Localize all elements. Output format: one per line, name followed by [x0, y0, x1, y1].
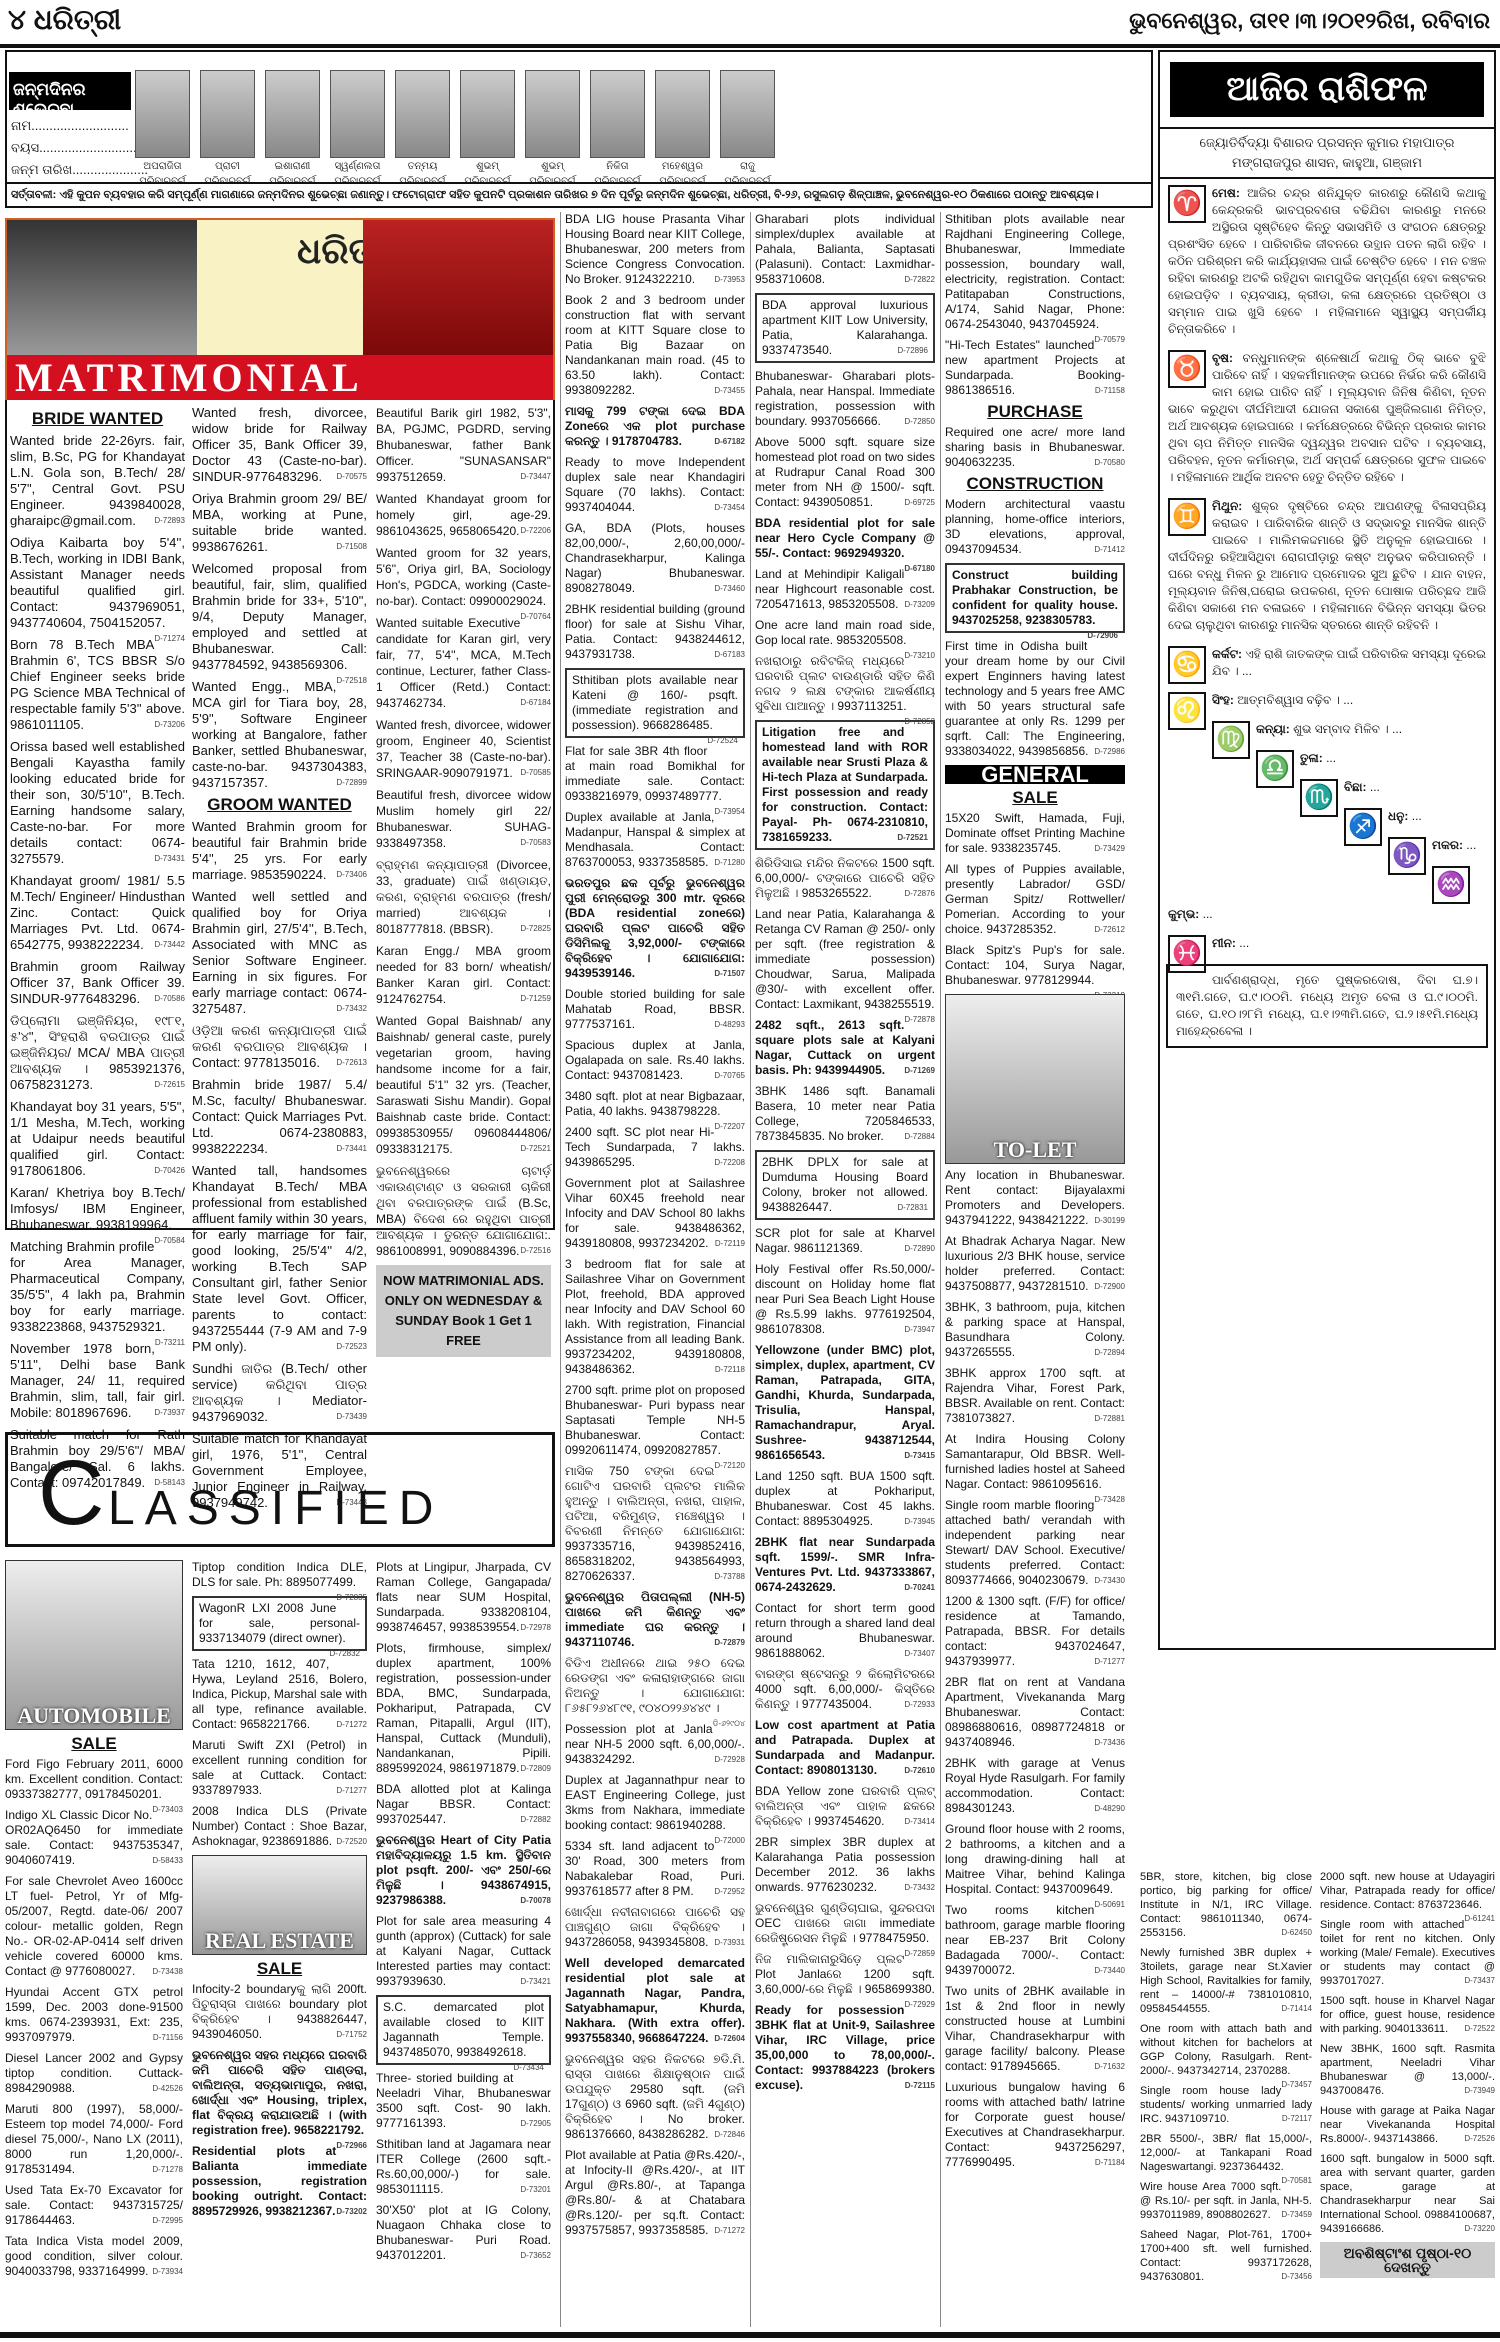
classified-ad: BDA Yellow zone ଘରବାରି ପ୍ଲଟ୍ ବାଲିଅନ୍ତା ଏ…: [755, 1784, 935, 1829]
classified-ad: ବାରଙ୍ଗ ଷ୍ଟେସନ୍‌ରୁ ୨ କିଲୋମିଟରରେ 4000 sqft…: [755, 1667, 935, 1712]
ad-text: Yellowzone (under BMC) plot, simplex, du…: [755, 1343, 935, 1462]
classified-ad: Any location in Bhubaneswar. Rent contac…: [945, 1168, 1125, 1228]
classified-ad: Plot for sale area measuring 4 gunth (ap…: [376, 1914, 551, 1989]
ad-code: D-72604: [714, 2031, 745, 2046]
ad-code: D-73406: [336, 867, 367, 883]
tolet-col-4: 5BR, store, kitchen, big close portico, …: [1140, 1870, 1312, 2290]
birthday-coupon: ଜନ୍ମଦିନର ଶୁଭେଚ୍ଛା ନାମ...................…: [5, 50, 1153, 208]
ad-code: D-72900: [1094, 1279, 1125, 1294]
ad-code: D-73441: [336, 1141, 367, 1157]
ad-text: Orissa based well established Bengali Ka…: [10, 739, 185, 866]
birthday-photos: ଅପରାଜିତାପରିବାରବର୍ଗପ୍ରାଚୀପରିବାରବର୍ଗଇଶାରାଣ…: [135, 70, 775, 188]
classified-ad: Sthitiban plots available near Kateni @ …: [565, 668, 745, 738]
ad-code: D-72852: [904, 714, 935, 729]
classified-ad: Plot available at Patia @Rs.420/-, at In…: [565, 2148, 745, 2238]
classified-ad: ଡିପ୍ଲୋମା ଇଞ୍ଜିନିୟର, ୧୯୮୧, ୫'୪", ସିଂହରାଶି…: [10, 1013, 185, 1093]
ad-text: Welcomed proposal from beautiful, fair, …: [192, 561, 367, 672]
zodiac-icon: ♎: [1256, 750, 1294, 788]
ad-text: Wanted tall, handsomes Khandayat B.Tech/…: [192, 1163, 367, 1354]
sign-name: କର୍କଟ:: [1212, 647, 1242, 661]
child-name: ଅପରାଜିତା: [135, 160, 190, 173]
ad-code: D-72966: [336, 2138, 367, 2153]
classified-ad: Three- storied building at Neeladri Viha…: [376, 2071, 551, 2131]
ad-code: D-73954: [714, 804, 745, 819]
ad-code: D-73431: [154, 851, 185, 867]
ad-code: D-72522: [1464, 2022, 1495, 2036]
ad-code: D-73460: [714, 581, 745, 596]
classified-ad: Duplex at Jagannathpur near to EAST Engi…: [565, 1773, 745, 1833]
ad-code: D-72115: [905, 2078, 935, 2093]
sign-name: କୁମ୍ଭ:: [1168, 907, 1199, 921]
classified-ad: Yellowzone (under BMC) plot, simplex, du…: [755, 1343, 935, 1463]
zodiac-icon: ♉: [1168, 350, 1206, 388]
ad-text: Construct building Prabhakar Constructio…: [952, 568, 1118, 627]
ad-code: D-73931: [714, 1935, 745, 1950]
ad-text: Litigation free and homestead land with …: [762, 725, 928, 844]
ad-code: D-72822: [904, 272, 935, 287]
birthday-photo-card: ନିକିତାପରିବାରବର୍ଗ: [590, 70, 645, 188]
ad-text: At Indira Housing Colony Samantarapur, O…: [945, 1432, 1125, 1491]
ad-code: D-73447: [520, 469, 551, 485]
classified-ad: BDA LIG house Prasanta Vihar Housing Boa…: [565, 212, 745, 287]
classified-ad: 1500 sqft. house in Kharvel Nagar for of…: [1320, 1994, 1495, 2036]
sign-text: ଶୁଭ ସମ୍ବାଦ ମିଳିବ । ...: [1293, 722, 1402, 736]
matrimonial-banner: ଧରିତ୍ରୀ MATRIMONIAL: [5, 218, 555, 400]
ad-code: D-48293: [714, 1017, 745, 1032]
classified-ad: ଭୁବନେଶ୍ୱର ସହର ମଧ୍ୟରେ ଘରବାରି ଜମି ପାଚେରି ସ…: [192, 2048, 367, 2138]
ad-code: D-71259: [520, 991, 551, 1007]
classified-ad: All types of Puppies available, presentl…: [945, 862, 1125, 937]
classified-ad: Wanted bride 22-26yrs. fair, slim, B.Sc,…: [10, 433, 185, 529]
ad-code: D-71272: [336, 1717, 367, 1732]
classified-ad: Wanted Engg., MBA, MCA girl for Tiara bo…: [192, 679, 367, 791]
classified-ad: Contact for short term good return throu…: [755, 1601, 935, 1661]
classified-ad: Diesel Lancer 2002 and Gypsy tiptop cond…: [5, 2051, 183, 2096]
horoscope-panel: ଆଜିର ରାଶିଫଳ ଜ୍ୟୋତିର୍ବିଦ୍ୟା ବିଶାରଦ ପ୍ରସନ୍…: [1158, 50, 1496, 1650]
classified-ad: Black Spitz's Pup's for sale. Contact: 1…: [945, 943, 1125, 988]
classified-ad: ଭୁବନେଶ୍ୱର Heart of City Patia ମହାବିଦ୍ୟାଳ…: [376, 1833, 551, 1908]
ad-code: D-72859: [904, 1946, 935, 1961]
ad-code: D-71272: [714, 2223, 745, 2238]
wedding-photo: [7, 220, 197, 355]
ad-text: Flat for sale 3BR 4th floor at main road…: [565, 744, 745, 803]
classified-ad: Wanted Khandayat groom for homely girl, …: [376, 491, 551, 539]
ad-code: D-70584: [154, 1233, 185, 1249]
classified-banner: C LASSIFIED: [5, 1432, 555, 1547]
classified-ad: ନଖରାଠାରୁ ରବିଟକିଜ୍ ମଧ୍ୟରେ ଘରବାରି ପ୍ଲଟ ବାଉ…: [755, 654, 935, 714]
zodiac-icon: ♍: [1212, 721, 1250, 759]
classified-ad: Beautiful fresh, divorcee widow Muslim h…: [376, 787, 551, 851]
ad-code: D-73454: [714, 500, 745, 515]
sign-text: ଆତ୍ମବିଶ୍ୱାସ ବଢ଼ିବ । ...: [1237, 693, 1353, 707]
ad-code: D-73429: [1094, 841, 1125, 856]
ad-code: D-72835: [336, 1590, 367, 1605]
classified-ad: Karan/ Khetriya boy B.Tech/ Imfosys/ IBM…: [10, 1185, 185, 1233]
classified-ad: Wanted tall, handsomes Khandayat B.Tech/…: [192, 1163, 367, 1355]
classified-ad: 2BHK flat near Sundarpada sqft. 1599/-. …: [755, 1535, 935, 1595]
ad-text: Sthitiban plots available near Rajdhani …: [945, 212, 1125, 331]
sign-name: ତୁଳା:: [1300, 751, 1323, 765]
sign-text: ...: [1466, 838, 1476, 852]
ad-code: D-73947: [904, 1322, 935, 1337]
classified-ad: 3480 sqft. plot at near Bigbazaar, Patia…: [565, 1089, 745, 1119]
classified-c: C: [38, 1441, 104, 1546]
ad-code: D-72118: [715, 1362, 745, 1377]
classified-ad: Wanted well settled and qualified boy fo…: [192, 889, 367, 1017]
sign-text: ଏହି ରାଶି ଜାତକଙ୍କ ପାଇଁ ପରିବାରିକ ସମସ୍ୟା ଦୂ…: [1212, 647, 1486, 678]
ad-code: D-70579: [1094, 332, 1125, 347]
classified-ad: Maruti 800 (1997), 58,000/- Esteem top m…: [5, 2102, 183, 2177]
child-photo: [330, 70, 385, 158]
ad-code: D-73456: [1281, 2270, 1312, 2284]
classified-ad: Tata 1210, 1612, 407, Hywa, Leyland 2516…: [192, 1657, 367, 1732]
zodiac-icon: ♓: [1168, 935, 1206, 973]
classified-word: LASSIFIED: [108, 1481, 443, 1536]
classified-ad: ବ୍ରାହ୍ମଣ କନ୍ୟାପାତ୍ରୀ (Divorcee, 33, grad…: [376, 857, 551, 937]
child-name: ତନ୍ମୟ: [395, 160, 450, 173]
classified-ad: Gharabari plots individual simplex/duple…: [755, 212, 935, 287]
realestate-image: REAL ESTATE: [192, 1855, 367, 1955]
ad-code: D-72850: [904, 414, 935, 429]
auto-col-1: AUTOMOBILE SALE Ford Figo February 2011,…: [5, 1560, 183, 2285]
ad-code: D-72876: [904, 886, 935, 901]
classified-ad: November 1978 born, 5'11", Delhi base Ba…: [10, 1341, 185, 1421]
classified-ad: 3BHK 1486 sqft. Banamali Basera, 10 mete…: [755, 1084, 935, 1144]
sign-name: ମିଥୁନ:: [1212, 499, 1242, 513]
classified-ad: 3BHK, 3 bathroom, puja, kitchen & parkin…: [945, 1300, 1125, 1360]
continued-page-note: ଅବଶିଷ୍ଟାଂଶ ପୃଷ୍ଠା-୧୦ ଦେଖନ୍ତୁ: [1320, 2242, 1495, 2278]
ad-code: D-73949: [1464, 2084, 1495, 2098]
child-photo: [720, 70, 775, 158]
classified-ad: Duplex available at Janla, Madanpur, Han…: [565, 810, 745, 870]
ad-text: 2BR 5500/-, 3BR/ flat 15,000/-, 12,000/-…: [1140, 2133, 1312, 2173]
classified-ad: House with garage at Paika Nagar near Vi…: [1320, 2104, 1495, 2146]
classified-ad: SCR plot for sale at Kharvel Nagar. 9861…: [755, 1226, 935, 1256]
ad-code: D-73403: [152, 1802, 183, 1817]
re-col-3: Plots at Lingipur, Jharpada, CV Raman Co…: [376, 1560, 551, 2269]
zodiac-icon: ♑: [1388, 837, 1426, 875]
classified-ad: Wanted Gopal Baishnab/ any Baishnab/ gen…: [376, 1013, 551, 1157]
classified-ad: Used Tata Ex-70 Excavator for sale. Cont…: [5, 2183, 183, 2228]
astrologer-name: ଜ୍ୟୋତିର୍ବିଦ୍ୟା ବିଶାରଦ ପ୍ରସନ୍ନ କୁମାର ମହାପ…: [1160, 133, 1494, 153]
classified-ad: One acre land main road side, Gop local …: [755, 618, 935, 648]
birthday-title: ଜନ୍ମଦିନର ଶୁଭେଚ୍ଛା: [9, 72, 131, 110]
ad-code: D-70765: [714, 1068, 745, 1083]
classified-ad: Spacious duplex at Janla, Ogalapada on s…: [565, 1038, 745, 1083]
matrimonial-promo: NOW MATRIMONIAL ADS. ONLY ON WEDNESDAY &…: [376, 1265, 551, 1357]
classified-ad: Plots at Lingipur, Jharpada, CV Raman Co…: [376, 1560, 551, 1635]
automobile-label: AUTOMOBILE: [6, 1708, 182, 1723]
ad-text: Black Spitz's Pup's for sale. Contact: 1…: [945, 943, 1125, 987]
classified-ad: Saheed Nagar, Plot-761, 1700+ 1700+400 s…: [1140, 2228, 1312, 2284]
classified-ad: Khandayat groom/ 1981/ 5.5 M.Tech/ Engin…: [10, 873, 185, 953]
zodiac-icon: ♌: [1168, 692, 1206, 730]
zodiac-icon: ♋: [1168, 646, 1206, 684]
ad-code: D-72120: [714, 1458, 745, 1473]
classified-ad: Luxurious bungalow having 6 rooms with a…: [945, 2080, 1125, 2170]
general-sale-heading: SALE: [945, 790, 1125, 805]
ad-code: D-73440: [1094, 1963, 1125, 1978]
ad-code: D-70580: [1094, 455, 1125, 470]
zodiac-icon: ♐: [1344, 808, 1382, 846]
ad-text: Karan/ Khetriya boy B.Tech/ Imfosys/ IBM…: [10, 1185, 185, 1232]
ad-code: D-71280: [714, 855, 745, 870]
classified-ad: 2000 sqft. new house at Udayagiri Vihar,…: [1320, 1870, 1495, 1912]
ad-code: D-70581: [1281, 2174, 1312, 2188]
ad-code: D-72521: [520, 1141, 551, 1157]
classified-ad: 2008 Indica DLS (Private Number) Contact…: [192, 1804, 367, 1849]
ad-code: D-71277: [336, 1783, 367, 1798]
child-name: ରାଜୁ: [720, 160, 775, 173]
ad-code: D-73430: [1094, 1573, 1125, 1588]
ad-text: BDA residential plot for sale near Hero …: [755, 516, 935, 560]
classified-ad: Indigo XL Classic Dicor No. OR02AQ6450 f…: [5, 1808, 183, 1868]
classified-ad: Modern architectural vaastu planning, ho…: [945, 497, 1125, 557]
child-photo: [265, 70, 320, 158]
ad-code: D-71184: [1095, 2155, 1125, 2170]
child-name: ପ୍ରାଚୀ: [200, 160, 255, 173]
classified-ad: New 3BHK, 1600 sqft. Rasmita apartment, …: [1320, 2042, 1495, 2098]
classified-ad: For sale Chevrolet Aveo 1600cc LT fuel- …: [5, 1874, 183, 1979]
ad-code: D-71414: [1281, 2002, 1312, 2016]
classified-ad: Single room with attached toilet for ren…: [1320, 1918, 1495, 1988]
classified-ad: Odiya Kaibarta boy 5'4'', B.Tech, workin…: [10, 535, 185, 631]
classified-ad: Required one acre/ more land sharing bas…: [945, 425, 1125, 470]
ad-code: D-73432: [904, 1880, 935, 1895]
re-sale-heading: SALE: [192, 1961, 367, 1976]
classified-ad: BDA allotted plot at Kalinga Nagar BBSR.…: [376, 1782, 551, 1827]
ad-code: D-73937: [154, 1405, 185, 1421]
birthday-photo-card: ଅପରାଜିତାପରିବାରବର୍ଗ: [135, 70, 190, 188]
classified-ad: Well developed demarcated residential pl…: [565, 1956, 745, 2046]
birthday-photo-card: ସ୍ୱର୍ଣ୍ଣଲତାପରିବାରବର୍ଗ: [330, 70, 385, 188]
ad-code: D-72878: [904, 1012, 935, 1027]
column-rule: [940, 212, 941, 2327]
ad-text: Wanted Gopal Baishnab/ any Baishnab/ gen…: [376, 1014, 551, 1156]
classified-ad: Government plot at Sailashree Vihar 60X4…: [565, 1176, 745, 1251]
zodiac-icon: ♈: [1168, 185, 1206, 223]
ad-code: D-73428: [1094, 1492, 1125, 1507]
ad-code: D-73459: [1281, 2208, 1312, 2222]
classified-ad: 3 bedroom flat for sale at Sailashree Vi…: [565, 1257, 745, 1377]
ad-code: D-72526: [1464, 2132, 1495, 2146]
classified-ad: Karan Engg./ MBA groom needed for 83 bor…: [376, 943, 551, 1007]
ad-code: D-72524: [707, 733, 738, 748]
classified-ad: 2BR flat on rent at Vandana Apartment, V…: [945, 1675, 1125, 1750]
classified-ad: ଭୁବନେଶ୍ୱରରେ ଚାଟାର୍ଡ଼ ଏକାଉଣ୍ଟାଣ୍ଟ ଓ ସରକାର…: [376, 1163, 551, 1259]
ad-code: D-72832: [329, 1646, 360, 1661]
ad-code: D-72905: [520, 2116, 551, 2131]
ad-text: First time in Odisha built your dream ho…: [945, 639, 1125, 758]
classified-ad: 15X20 Swift, Hamada, Fuji, Dominate offs…: [945, 811, 1125, 856]
auto-sale-heading: SALE: [5, 1736, 183, 1751]
child-name: ସ୍ୱର୍ଣ୍ଣଲତା: [330, 160, 385, 173]
realestate-label: REAL ESTATE: [193, 1933, 366, 1948]
classified-ad: GA, BDA (Plots, houses 82,00,000/-, 2,60…: [565, 521, 745, 596]
ad-text: Sthitiban plots available near Kateni @ …: [572, 673, 738, 732]
ad-code: D-72952: [714, 1884, 745, 1899]
ad-code: D-72879: [714, 1635, 745, 1650]
ad-text: 3480 sqft. plot at near Bigbazaar, Patia…: [565, 1089, 745, 1118]
ad-code: D-73414: [904, 1814, 935, 1829]
ad-code: D-72899: [336, 775, 367, 791]
ad-code: D-73953: [714, 272, 745, 287]
ad-code: D-69725: [904, 495, 935, 510]
ad-code: D-72615: [154, 1077, 185, 1093]
tolet-image: TO-LET: [945, 994, 1125, 1164]
birthday-photo-card: ରାଜୁପରିବାରବର୍ଗ: [720, 70, 775, 188]
ad-code: D-72846: [714, 2127, 745, 2142]
ad-text: S.C. demarcated plot available closed to…: [383, 2000, 544, 2059]
ad-code: D-72906: [1087, 628, 1118, 643]
classified-ad: ଭୁବନେଶ୍ୱର ଗୁଣ୍ଡିଚାଘାଇ, ସୁନ୍ଦରପଦା OEC ପାଖ…: [755, 1901, 935, 1946]
classified-ad: Sthitiban land at Jagamara near ITER Col…: [376, 2137, 551, 2197]
matri-col-3: Beautiful Barik girl 1982, 5'3", BA, PGJ…: [376, 405, 551, 1357]
classified-ad: Brahmin groom Railway Officer 37, Bank O…: [10, 959, 185, 1007]
horoscope-sign: ♑ମକର: ...: [1160, 831, 1494, 860]
ad-text: For sale Chevrolet Aveo 1600cc LT fuel- …: [5, 1874, 183, 1978]
ad-text: Land near Patia, Kalarahanga & Retanga C…: [755, 907, 935, 1011]
classified-ad: Infocity-2 boundaryକୁ ଲାଗି 200ft. ପିଚୁରା…: [192, 1982, 367, 2042]
classified-ad: Litigation free and homestead land with …: [755, 720, 935, 850]
sign-text: ଶୁକ୍ର ଦୃଷ୍ଟିରେ ଚନ୍ଦ୍ର ଆପଣଙ୍କୁ ବିଳାସପ୍ରିୟ…: [1168, 499, 1486, 632]
classified-ad: First time in Odisha built your dream ho…: [945, 639, 1125, 759]
classified-ad: 1600 sqft. bungalow in 5000 sqft. area w…: [1320, 2152, 1495, 2236]
classified-ad: Brahmin bride 1987/ 5.4/ M.Sc, faculty/ …: [192, 1077, 367, 1157]
horoscope-sign: ♎ତୁଳା: ...: [1160, 744, 1494, 773]
ad-code: D-58433: [152, 1853, 183, 1868]
ad-code: D-72610: [904, 1763, 935, 1778]
sign-text: ...: [1370, 780, 1380, 794]
classified-ad: Tata Indica Vista model 2009, good condi…: [5, 2234, 183, 2279]
classified-ad: One room with attach bath and without ki…: [1140, 2022, 1312, 2078]
ad-text: Ford Figo February 2011, 6000 km. Excell…: [5, 1757, 183, 1801]
ad-code: D-71158: [1095, 383, 1125, 398]
ad-code: D-73455: [714, 383, 745, 398]
child-photo: [135, 70, 190, 158]
ad-code: D-71632: [1094, 2059, 1125, 2074]
classified-ad: Khandayat boy 31 years, 5'5", 1/1 Mesha,…: [10, 1099, 185, 1179]
classified-ad: 2482 sqft., 2613 sqft. square plots sale…: [755, 1018, 935, 1078]
ad-text: ଭୁବନେଶ୍ୱର ସହର ମଧ୍ୟରେ ଘରବାରି ଜମି ପାଚେରି ସ…: [192, 2048, 367, 2137]
realestate-col-3: Sthitiban plots available near Rajdhani …: [945, 212, 1125, 2176]
dateline: ଭୁବନେଶ୍ୱର, ତା୧୧।୩।୨୦୧୨ରିଖ, ରବିବାର: [1129, 8, 1490, 34]
ad-text: ମାସିକ 750 ଟଙ୍କା ଦେଇ ଗୋଟିଏ ଘରବାରି ପ୍ଲଟର ମ…: [565, 1464, 745, 1583]
ad-code: D-71278: [152, 2162, 183, 2177]
general-heading: GENERAL: [945, 765, 1125, 784]
ad-text: Odiya Kaibarta boy 5'4'', B.Tech, workin…: [10, 535, 185, 630]
ad-text: Duplex at Jagannathpur near to EAST Engi…: [565, 1773, 745, 1832]
horoscope-sign: ♈ମେଷ: ଆଜିର ଚନ୍ଦ୍ର ଶନିଯୁକ୍ତ କାରଣରୁ କୌଣସି …: [1160, 179, 1494, 344]
realestate-col-2: Gharabari plots individual simplex/duple…: [755, 212, 935, 2099]
ad-text: Tiptop condition Indica DLE, DLS for sal…: [192, 1560, 367, 1589]
ad-text: WagonR LXI 2008 June for sale, personal-…: [199, 1601, 360, 1645]
child-photo: [200, 70, 255, 158]
ad-code: D-73209: [904, 597, 935, 612]
ad-code: D-67183: [714, 647, 745, 662]
ad-text: 2000 sqft. new house at Udayagiri Vihar,…: [1320, 1871, 1495, 1911]
classified-ad: Wanted Brahmin groom for beautiful fair …: [192, 819, 367, 883]
ad-code: D-67184: [520, 695, 551, 711]
ad-code: D-72831: [897, 1200, 928, 1215]
ad-code: D-73438: [152, 1964, 183, 1979]
sign-text: ...: [1239, 936, 1249, 950]
panjika-box: ପାର୍ବଣଶ୍ରାଦ୍ଧ, ମୃତେ ପୁଷ୍କରଦୋଷ, ଦିବା ଘ.୭।…: [1166, 964, 1488, 1048]
child-name: ଶୁଭମ୍: [525, 160, 580, 173]
column-rule: [750, 212, 751, 2327]
classified-ad: Low cost apartment at Patia and Patrapad…: [755, 1718, 935, 1778]
sign-name: ମକର:: [1432, 838, 1463, 852]
ad-code: D-72928: [714, 1752, 745, 1767]
classified-ad: Beautiful Barik girl 1982, 5'3", BA, PGJ…: [376, 405, 551, 485]
page-header: ୪ ଧରିତ୍ରୀ ଭୁବନେଶ୍ୱର, ତା୧୧।୩।୨୦୧୨ରିଖ, ରବି…: [0, 0, 1500, 42]
bride-wanted-heading: BRIDE WANTED: [10, 411, 185, 427]
classified-ad: Maruti Swift ZXI (Petrol) in excellent r…: [192, 1738, 367, 1798]
classified-ad: ମାସକୁ 799 ଟଙ୍କା ଦେଇ BDA Zoneରେ ଏକ plot p…: [565, 404, 745, 449]
horoscope-sign: ♏ବିଛା: ...: [1160, 773, 1494, 802]
sign-name: ବିଛା:: [1344, 780, 1367, 794]
classified-ad: Ford Figo February 2011, 6000 km. Excell…: [5, 1757, 183, 1802]
classified-ad: ବିଡିଏ ଅଧୀନରେ ଥାଇ ୨୫୦ ଦେଇ ରେଡଙ୍ଗ ଏବଂ କଳାର…: [565, 1656, 745, 1716]
ad-code: D-73457: [1281, 2078, 1312, 2092]
ad-code: D-73432: [336, 1001, 367, 1017]
ad-code: D-72516: [520, 1243, 551, 1259]
matri-col-2: Wanted fresh, divorcee, widow bride for …: [192, 405, 367, 1517]
ad-code: D-73201: [520, 2182, 551, 2197]
horoscope-sign: ♍କନ୍ୟା: ଶୁଭ ସମ୍ବାଦ ମିଳିବ । ...: [1160, 715, 1494, 744]
astrologer-place: ମଙ୍ଗରାଜପୁର ଶାସନ, କାହୁଆ, ଗଞ୍ଜାମ: [1160, 153, 1494, 173]
sign-name: ସିଂହ:: [1212, 693, 1234, 707]
zodiac-icon: ♊: [1168, 498, 1206, 536]
field-age: ବୟସ...........................: [11, 140, 137, 156]
ad-code: D-72995: [152, 2213, 183, 2228]
ad-code: D-67182: [714, 434, 745, 449]
ad-text: 3 bedroom flat for sale at Sailashree Vi…: [565, 1257, 745, 1376]
ad-text: ବିଡିଏ ଅଧୀନରେ ଥାଇ ୨୫୦ ଦେଇ ରେଡଙ୍ଗ ଏବଂ କଳାର…: [565, 1656, 745, 1715]
classified-ad: Double storied building for sale Mahatab…: [565, 987, 745, 1032]
horoscope-byline: ଜ୍ୟୋତିର୍ବିଦ୍ୟା ବିଶାରଦ ପ୍ରସନ୍ନ କୁମାର ମହାପ…: [1160, 127, 1494, 179]
classified-ad: 5BR, store, kitchen, big close portico, …: [1140, 1870, 1312, 1940]
horoscope-sign: ♊ମିଥୁନ: ଶୁକ୍ର ଦୃଷ୍ଟିରେ ଚନ୍ଦ୍ର ଆପଣଙ୍କୁ ବି…: [1160, 492, 1494, 640]
ad-text: ଭୁବନେଶ୍ୱର ଗୁଣ୍ଡିଚାଘାଇ, ସୁନ୍ଦରପଦା OEC ପାଖ…: [755, 1901, 935, 1945]
classified-ad: ଶିରିଡିସାଇ ମନ୍ଦିର ନିକଟରେ 1500 sqft. 6,00,…: [755, 856, 935, 901]
classified-ad: Residential plots at Balianta immediate …: [192, 2144, 367, 2219]
classified-ad: BDA approval luxurious apartment KIIT Lo…: [755, 293, 935, 363]
ad-code: D-70586: [154, 991, 185, 1007]
sign-name: ମୀନ:: [1212, 936, 1236, 950]
ad-code: D-67180: [904, 561, 935, 576]
child-photo: [395, 70, 450, 158]
ad-code: D-73421: [520, 1974, 551, 1989]
child-name: ଇଶାରାଣୀ: [265, 160, 320, 173]
matrimonial-word: MATRIMONIAL: [7, 355, 553, 400]
classified-ad: Land near Patia, Kalarahanga & Retanga C…: [755, 907, 935, 1012]
ad-code: D-73202: [336, 2204, 367, 2219]
horoscope-title: ଆଜିର ରାଶିଫଳ: [1170, 62, 1484, 117]
ad-text: Wanted Engg., MBA, MCA girl for Tiara bo…: [192, 679, 367, 790]
ad-code: D-72206: [520, 523, 551, 539]
classified-ad: Tiptop condition Indica DLE, DLS for sal…: [192, 1560, 367, 1590]
column-rule: [560, 212, 561, 2327]
ad-text: 2700 sqft. prime plot on proposed Bhuban…: [565, 1383, 745, 1457]
ad-code: D-73442: [154, 937, 185, 953]
classified-ad: Ready to move Independent duplex sale ne…: [565, 455, 745, 515]
ad-code: D-73434: [513, 2060, 544, 2075]
classified-ad: Wanted groom for 32 years, 5'6'', Oriya …: [376, 545, 551, 609]
ad-code: D-62450: [1281, 1926, 1312, 1940]
classified-ad: Single room marble flooring attached bat…: [945, 1498, 1125, 1588]
classified-ad: ଭୁବନେଶ୍ୱର ପିତାପଲ୍ଲୀ (NH-5) ପାଖରେ ଜମି କିଣ…: [565, 1590, 745, 1650]
